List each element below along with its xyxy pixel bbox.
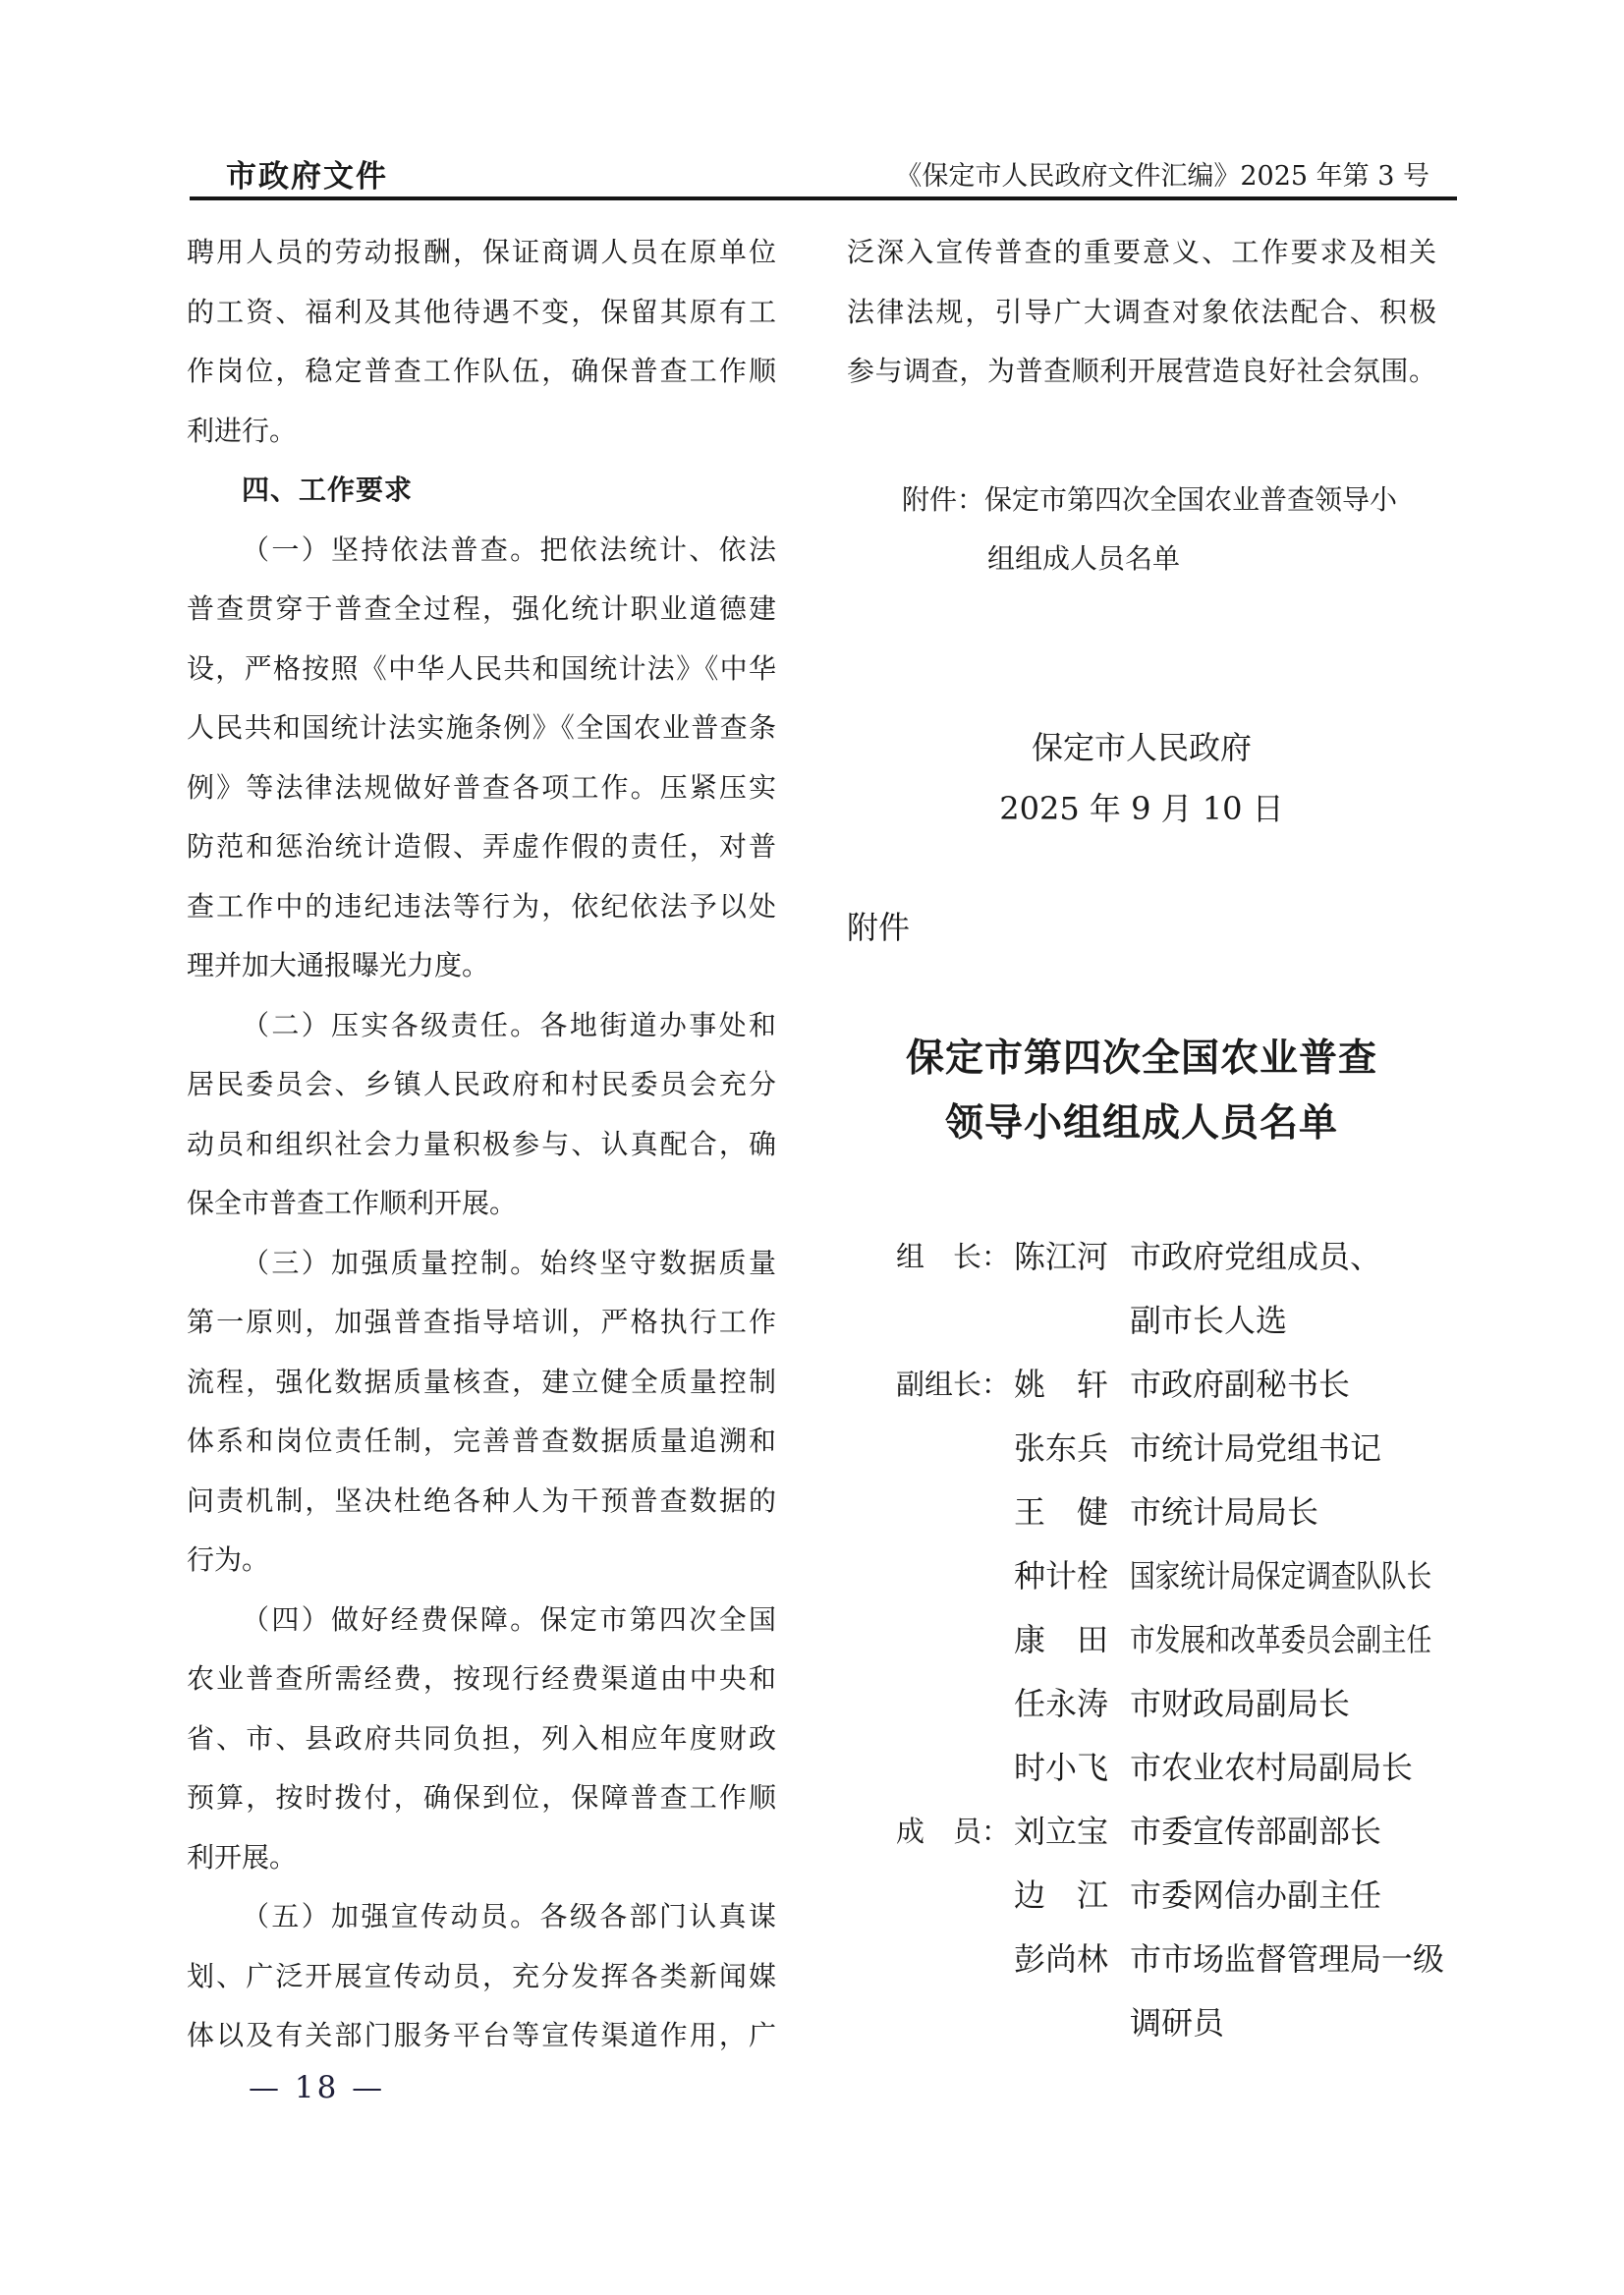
body-line: 动员和组织社会力量积极参与、认真配合，确 <box>187 1115 776 1175</box>
roster-role-label: 副组长： <box>896 1355 1014 1415</box>
body-line: 例》等法律法规做好普查各项工作。压紧压实 <box>187 758 776 818</box>
body-line: 第一原则，加强普查指导培训，严格执行工作 <box>187 1293 776 1353</box>
roster-person-title: 市政府副秘书长 <box>1130 1355 1350 1415</box>
body-line: 查工作中的违纪违法等行为，依纪依法予以处 <box>187 877 776 937</box>
roster-person-title: 国家统计局保定调查队队长 <box>1130 1546 1431 1606</box>
attachment-title-line: 保定市第四次全国农业普查 <box>847 1027 1436 1092</box>
body-line: 四、工作要求 <box>187 461 776 521</box>
roster-person-title: 市委网信办副主任 <box>1130 1866 1381 1926</box>
body-line: 流程，强化数据质量核查，建立健全质量控制 <box>187 1353 776 1413</box>
body-line: 农业普查所需经费，按现行经费渠道由中央和 <box>187 1650 776 1709</box>
page-number: — 18 — <box>249 2066 385 2109</box>
roster-person-title: 副市长人选 <box>1130 1291 1287 1351</box>
roster-person-title: 市市场监督管理局一级 <box>1130 1930 1444 1989</box>
roster-person-name: 任永涛 <box>1014 1674 1112 1734</box>
roster-person-name: 种计栓 <box>1014 1546 1112 1606</box>
body-line: 人民共和国统计法实施条例》《全国农业普查条 <box>187 699 776 758</box>
body-line: 划、广泛开展宣传动员，充分发挥各类新闻媒 <box>187 1947 776 2007</box>
body-line: （四）做好经费保障。保定市第四次全国 <box>187 1591 776 1651</box>
roster-person-name: 陈江河 <box>1014 1227 1112 1287</box>
compilation-issue-label: 《保定市人民政府文件汇编》2025 年第 3 号 <box>895 161 1429 193</box>
body-line: 的工资、福利及其他待遇不变，保留其原有工 <box>187 283 776 343</box>
attachment-title-line: 领导小组组成人员名单 <box>847 1092 1436 1156</box>
body-line: 体以及有关部门服务平台等宣传渠道作用，广 <box>187 2006 776 2066</box>
roster-person-name: 张东兵 <box>1014 1419 1112 1479</box>
attachment-note: 附件：保定市第四次全国农业普查领导小 组组成人员名单 <box>847 471 1436 589</box>
roster-row: 种计栓国家统计局保定调查队队长 <box>896 1544 1436 1608</box>
body-line: 利开展。 <box>187 1828 776 1888</box>
body-line: （二）压实各级责任。各地街道办事处和 <box>187 996 776 1056</box>
left-text-column: 聘用人员的劳动报酬，保证商调人员在原单位的工资、福利及其他待遇不变，保留其原有工… <box>187 223 776 2066</box>
body-line: 保全市普查工作顺利开展。 <box>187 1174 776 1234</box>
roster-person-name: 康 田 <box>1014 1610 1112 1670</box>
roster-person-name: 姚 轩 <box>1014 1355 1112 1415</box>
roster-row: 组 长：陈江河市政府党组成员、 <box>896 1225 1436 1289</box>
body-line: 防范和惩治统计造假、弄虚作假的责任，对普 <box>187 817 776 877</box>
roster-row: 成 员：刘立宝市委宣传部副部长 <box>896 1800 1436 1864</box>
body-line: 行为。 <box>187 1531 776 1591</box>
body-line: 法律法规，引导广大调查对象依法配合、积极 <box>847 283 1436 343</box>
body-line: 理并加大通报曝光力度。 <box>187 936 776 996</box>
attachment-title: 保定市第四次全国农业普查 领导小组组成人员名单 <box>847 1027 1436 1156</box>
body-line: 预算，按时拨付，确保到位，保障普查工作顺 <box>187 1768 776 1828</box>
roster-row: 任永涛市财政局副局长 <box>896 1672 1436 1736</box>
body-line: 体系和岗位责任制，完善普查数据质量追溯和 <box>187 1412 776 1472</box>
body-line: 居民委员会、乡镇人民政府和村民委员会充分 <box>187 1055 776 1115</box>
body-line: 泛深入宣传普查的重要意义、工作要求及相关 <box>847 223 1436 283</box>
roster-role-label: 组 长： <box>896 1227 1014 1287</box>
roster-person-title: 市统计局党组书记 <box>1130 1419 1381 1479</box>
roster-person-title: 市发展和改革委员会副主任 <box>1130 1610 1431 1670</box>
signature-block: 保定市人民政府 2025 年 9 月 10 日 <box>847 717 1436 839</box>
roster-person-name: 边 江 <box>1014 1866 1112 1926</box>
roster-row: 张东兵市统计局党组书记 <box>896 1417 1436 1481</box>
roster-person-name: 刘立宝 <box>1014 1802 1112 1862</box>
roster-person-name: 时小飞 <box>1014 1738 1112 1798</box>
roster-person-title: 市财政局副局长 <box>1130 1674 1350 1734</box>
right-column-body: 泛深入宣传普查的重要意义、工作要求及相关法律法规，引导广大调查对象依法配合、积极… <box>847 223 1436 402</box>
document-category-label: 市政府文件 <box>226 157 388 196</box>
body-line: （五）加强宣传动员。各级各部门认真谋 <box>187 1887 776 1947</box>
body-line: 参与调查，为普查顺利开展营造良好社会氛围。 <box>847 342 1436 402</box>
body-line: （一）坚持依法普查。把依法统计、依法 <box>187 521 776 581</box>
right-text-column: 泛深入宣传普查的重要意义、工作要求及相关法律法规，引导广大调查对象依法配合、积极… <box>847 223 1436 2055</box>
roster-row: 副市长人选 <box>896 1289 1436 1353</box>
header-divider <box>190 196 1457 200</box>
roster-role-label: 成 员： <box>896 1802 1014 1862</box>
roster-person-title: 市统计局局长 <box>1130 1483 1318 1542</box>
body-line: 聘用人员的劳动报酬，保证商调人员在原单位 <box>187 223 776 283</box>
roster-row: 彭尚林市市场监督管理局一级 <box>896 1928 1436 1991</box>
roster-row: 副组长：姚 轩市政府副秘书长 <box>896 1353 1436 1417</box>
body-line: 利进行。 <box>187 402 776 462</box>
roster-person-title: 市委宣传部副部长 <box>1130 1802 1381 1862</box>
roster-row: 时小飞市农业农村局副局长 <box>896 1736 1436 1800</box>
roster-row: 边 江市委网信办副主任 <box>896 1864 1436 1928</box>
roster-person-title: 市农业农村局副局长 <box>1130 1738 1413 1798</box>
roster-row: 康 田市发展和改革委员会副主任 <box>896 1608 1436 1672</box>
signature-date: 2025 年 9 月 10 日 <box>847 778 1436 839</box>
roster-row: 调研员 <box>896 1991 1436 2055</box>
roster-person-name: 王 健 <box>1014 1483 1112 1542</box>
body-line: 设，严格按照《中华人民共和国统计法》《中华 <box>187 640 776 700</box>
body-line: 普查贯穿于普查全过程，强化统计职业道德建 <box>187 580 776 640</box>
roster-person-title: 调研员 <box>1130 1993 1224 2053</box>
attachment-label: 附件 <box>847 897 1436 958</box>
body-line: 问责机制，坚决杜绝各种人为干预普查数据的 <box>187 1472 776 1532</box>
body-line: （三）加强质量控制。始终坚守数据质量 <box>187 1234 776 1294</box>
leading-group-roster: 组 长：陈江河市政府党组成员、副市长人选副组长：姚 轩市政府副秘书长张东兵市统计… <box>847 1225 1436 2055</box>
body-line: 省、市、县政府共同负担，列入相应年度财政 <box>187 1709 776 1769</box>
attachment-note-line: 附件：保定市第四次全国农业普查领导小 <box>847 471 1436 531</box>
signature-org: 保定市人民政府 <box>847 717 1436 778</box>
attachment-note-line: 组组成人员名单 <box>987 530 1436 589</box>
roster-person-title: 市政府党组成员、 <box>1130 1227 1381 1287</box>
body-line: 作岗位，稳定普查工作队伍，确保普查工作顺 <box>187 342 776 402</box>
roster-person-name: 彭尚林 <box>1014 1930 1112 1989</box>
roster-row: 王 健市统计局局长 <box>896 1481 1436 1544</box>
document-page: 市政府文件 《保定市人民政府文件汇编》2025 年第 3 号 聘用人员的劳动报酬… <box>0 0 1624 2295</box>
